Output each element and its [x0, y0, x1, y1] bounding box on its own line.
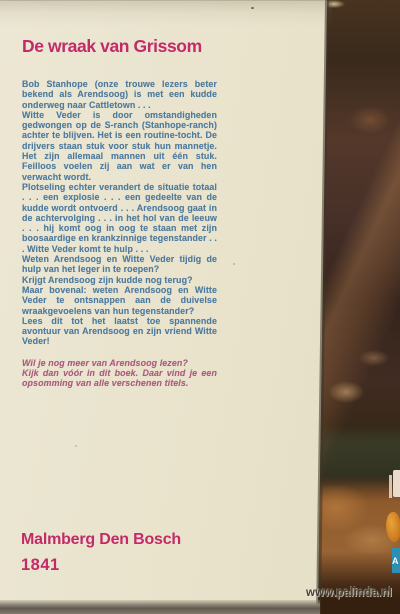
blurb-paragraph: Bob Stanhope (onze trouwe lezers beter b… — [22, 79, 217, 110]
spine-badge-letter: A — [392, 556, 399, 566]
blurb-paragraph: Witte Veder is door omstandigheden gedwo… — [22, 110, 217, 182]
blurb-paragraph: Krijgt Arendsoog zijn kudde nog terug? — [22, 275, 217, 285]
cover-top-edge — [0, 0, 332, 27]
book-title: De wraak van Grissom — [22, 36, 202, 57]
catalog-number: 1841 — [21, 556, 60, 575]
cover-bottom-edge — [0, 600, 320, 614]
back-cover-blurb: Bob Stanhope (onze trouwe lezers beter b… — [22, 79, 217, 389]
blurb-paragraph: Maar bovenal: weten Arendsoog en Witte V… — [22, 285, 217, 316]
watermark-url: www.palinda.nl — [306, 587, 392, 599]
paper-speck — [233, 263, 235, 265]
blurb-paragraph: Plotseling echter verandert de situatie … — [22, 182, 217, 254]
spine-badge: A — [392, 548, 400, 573]
blurb-paragraph: Lees dit tot het laatst toe spannende av… — [22, 316, 217, 347]
publisher-name: Malmberg Den Bosch — [21, 531, 181, 549]
blurb-paragraph: Weten Arendsoog en Witte Veder tijdig de… — [22, 254, 217, 275]
paper-speck — [75, 445, 77, 447]
note-paragraph: Wil je nog meer van Arendsoog lezen? — [22, 358, 217, 368]
paper-speck — [251, 7, 254, 9]
book-back-cover: A De wraak van Grissom Bob Stanhope (onz… — [0, 0, 400, 614]
note-paragraph: Kijk dan vóór in dit boek. Daar vind je … — [22, 368, 217, 389]
art-letter-fragment — [393, 470, 400, 497]
series-note: Wil je nog meer van Arendsoog lezen? Kij… — [22, 358, 217, 389]
